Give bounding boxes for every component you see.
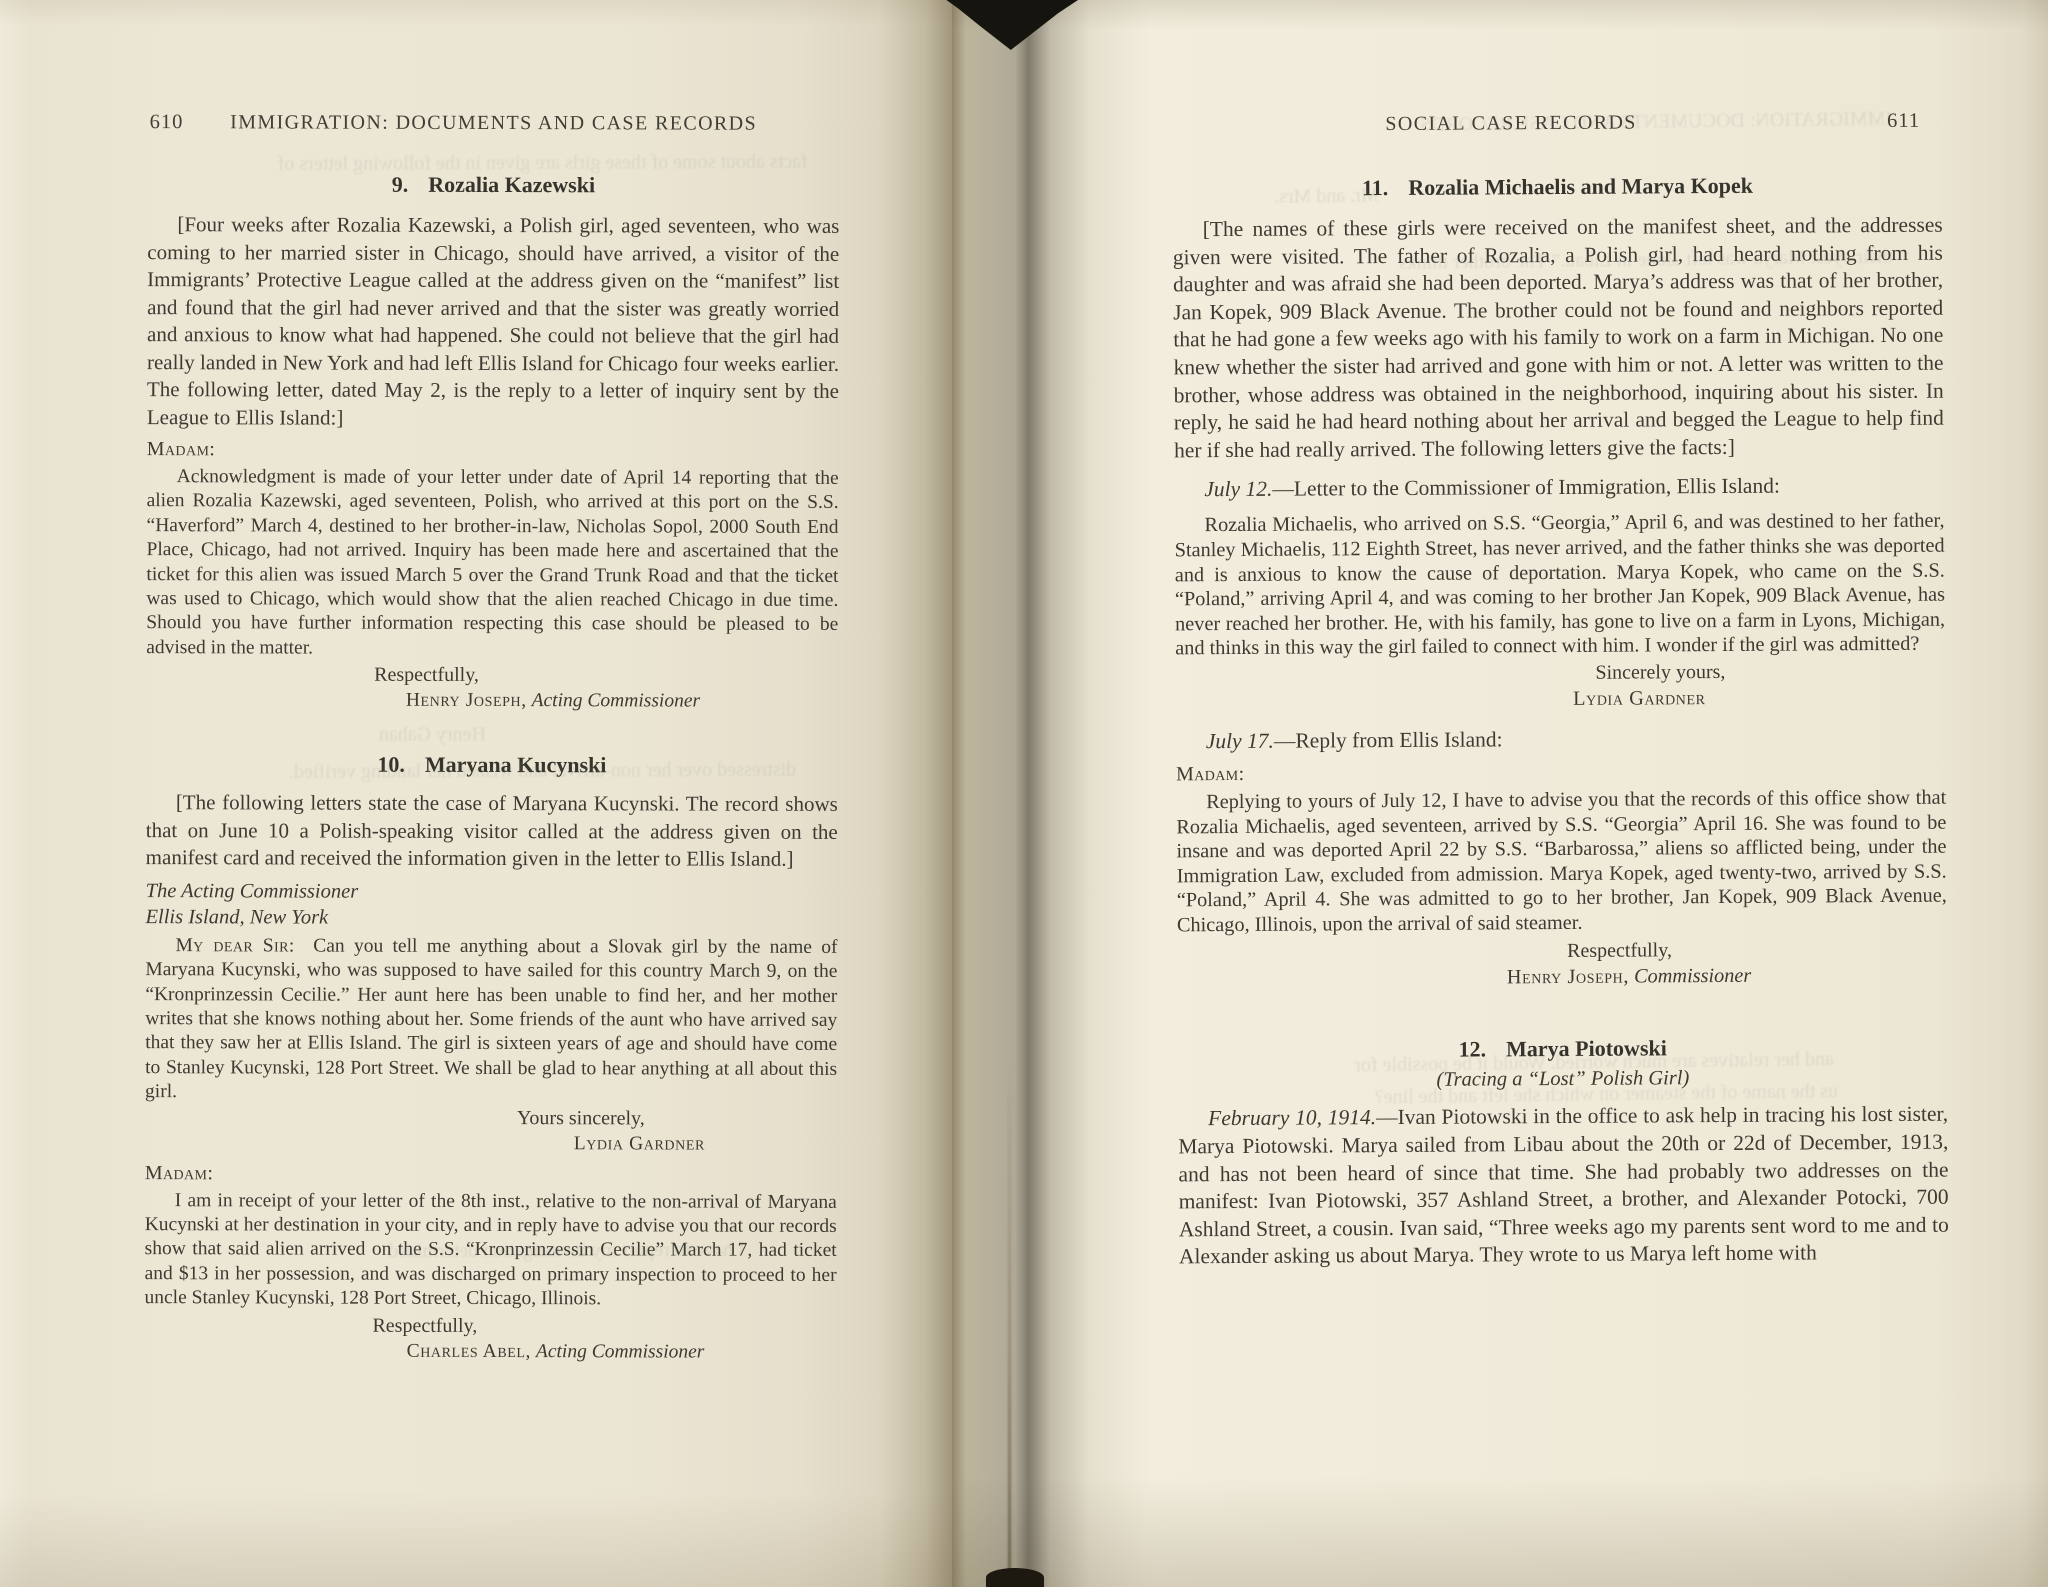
section-9-heading: 9.Rozalia Kazewski bbox=[147, 171, 839, 199]
right-page-content: IMMIGRATION: DOCUMENTS AND CASE RECORDS … bbox=[1172, 110, 1949, 1272]
letter-signature: Charles Abel, Acting Commissioner bbox=[144, 1338, 836, 1366]
section-9-number: 9. bbox=[392, 172, 409, 197]
letter-salutation-inline: My dear Sir: bbox=[175, 935, 294, 956]
section-11-intro: [The names of these girls were received … bbox=[1173, 212, 1945, 465]
date-italic: July 17. bbox=[1206, 729, 1274, 753]
letter-closing: Respectfully, bbox=[144, 1313, 836, 1340]
signature-name: Charles Abel, bbox=[407, 1340, 532, 1361]
section-11-title: Rozalia Michaelis and Marya Kopek bbox=[1408, 173, 1753, 200]
signature-title: Acting Commissioner bbox=[536, 1341, 705, 1362]
letter-address-line: The Acting Commissioner bbox=[146, 878, 838, 906]
letter-signature: Lydia Gardner bbox=[145, 1130, 837, 1158]
section-12-subtitle: (Tracing a “Lost” Polish Girl) bbox=[1178, 1066, 1948, 1094]
letter-signature: Henry Joseph, Acting Commissioner bbox=[146, 687, 838, 715]
running-header-left: 610 IMMIGRATION: DOCUMENTS AND CASE RECO… bbox=[148, 111, 840, 139]
left-page-content: facts about some of these girls are give… bbox=[144, 111, 839, 1365]
bleed-through-text: Henry Gahan bbox=[266, 723, 486, 747]
gutter-crease bbox=[1008, 1060, 1011, 1587]
date-rest: —Letter to the Commissioner of Immigrati… bbox=[1272, 474, 1780, 501]
section-9-intro: [Four weeks after Rozalia Kazewski, a Po… bbox=[147, 211, 840, 433]
section-12-number: 12. bbox=[1459, 1037, 1487, 1062]
letter-signature: Lydia Gardner bbox=[1176, 684, 1946, 715]
signature-title: Commissioner bbox=[1634, 965, 1751, 988]
section-10-title: Maryana Kucynski bbox=[425, 752, 607, 777]
signature-name: Henry Joseph, bbox=[406, 690, 527, 711]
section-11-heading: 11.Rozalia Michaelis and Marya Kopek bbox=[1172, 172, 1942, 203]
letter-body: Acknowledgment is made of your letter un… bbox=[146, 465, 839, 662]
letter-closing: Yours sincerely, bbox=[145, 1105, 837, 1132]
date-italic: February 10, 1914. bbox=[1208, 1106, 1376, 1131]
section-12-title: Marya Piotowski bbox=[1506, 1036, 1667, 1062]
letter-date-line: July 12.—Letter to the Commissioner of I… bbox=[1174, 472, 1944, 504]
section-11-number: 11. bbox=[1362, 175, 1388, 200]
signature-name: Henry Joseph, bbox=[1507, 966, 1629, 989]
date-rest: —Reply from Ellis Island: bbox=[1274, 727, 1503, 752]
running-title-right: SOCIAL CASE RECORDS bbox=[1385, 112, 1637, 137]
section-10-number: 10. bbox=[377, 752, 405, 777]
letter-text: Can you tell me anything about a Slovak … bbox=[145, 935, 837, 1102]
running-title-left: IMMIGRATION: DOCUMENTS AND CASE RECORDS bbox=[230, 111, 757, 134]
section-10-intro: [The following letters state the case of… bbox=[146, 789, 838, 873]
signature-title: Acting Commissioner bbox=[532, 690, 701, 711]
date-italic: July 12. bbox=[1204, 477, 1272, 501]
section-12-body: February 10, 1914.—Ivan Piotowski in the… bbox=[1178, 1101, 1949, 1271]
letter-body: I am in receipt of your letter of the 8t… bbox=[145, 1189, 837, 1313]
letter-body: Replying to yours of July 12, I have to … bbox=[1176, 786, 1947, 938]
section-12-heading: 12.Marya Piotowski bbox=[1178, 1034, 1948, 1065]
page-number-right: 611 bbox=[1887, 110, 1920, 133]
running-header-right: SOCIAL CASE RECORDS 611 bbox=[1172, 110, 1942, 141]
letter-body: My dear Sir: Can you tell me anything ab… bbox=[145, 934, 837, 1107]
letter-closing: Respectfully, bbox=[146, 662, 838, 689]
letter-address-line: Ellis Island, New York bbox=[145, 904, 837, 932]
letter-date-line: July 17.—Reply from Ellis Island: bbox=[1176, 724, 1946, 756]
letter-body: Rozalia Michaelis, who arrived on S.S. “… bbox=[1174, 509, 1945, 661]
section-9-title: Rozalia Kazewski bbox=[428, 172, 595, 197]
letter-salutation: Madam: bbox=[145, 1162, 837, 1187]
letter-salutation: Madam: bbox=[147, 438, 839, 463]
letter-salutation: Madam: bbox=[1176, 759, 1946, 787]
page-number-left: 610 bbox=[150, 111, 184, 134]
binding-bottom-gap bbox=[986, 1568, 1044, 1587]
book-scan: facts about some of these girls are give… bbox=[0, 0, 2048, 1587]
letter-signature: Henry Joseph, Commissioner bbox=[1177, 962, 1947, 993]
section-10-heading: 10.Maryana Kucynski bbox=[146, 751, 838, 779]
